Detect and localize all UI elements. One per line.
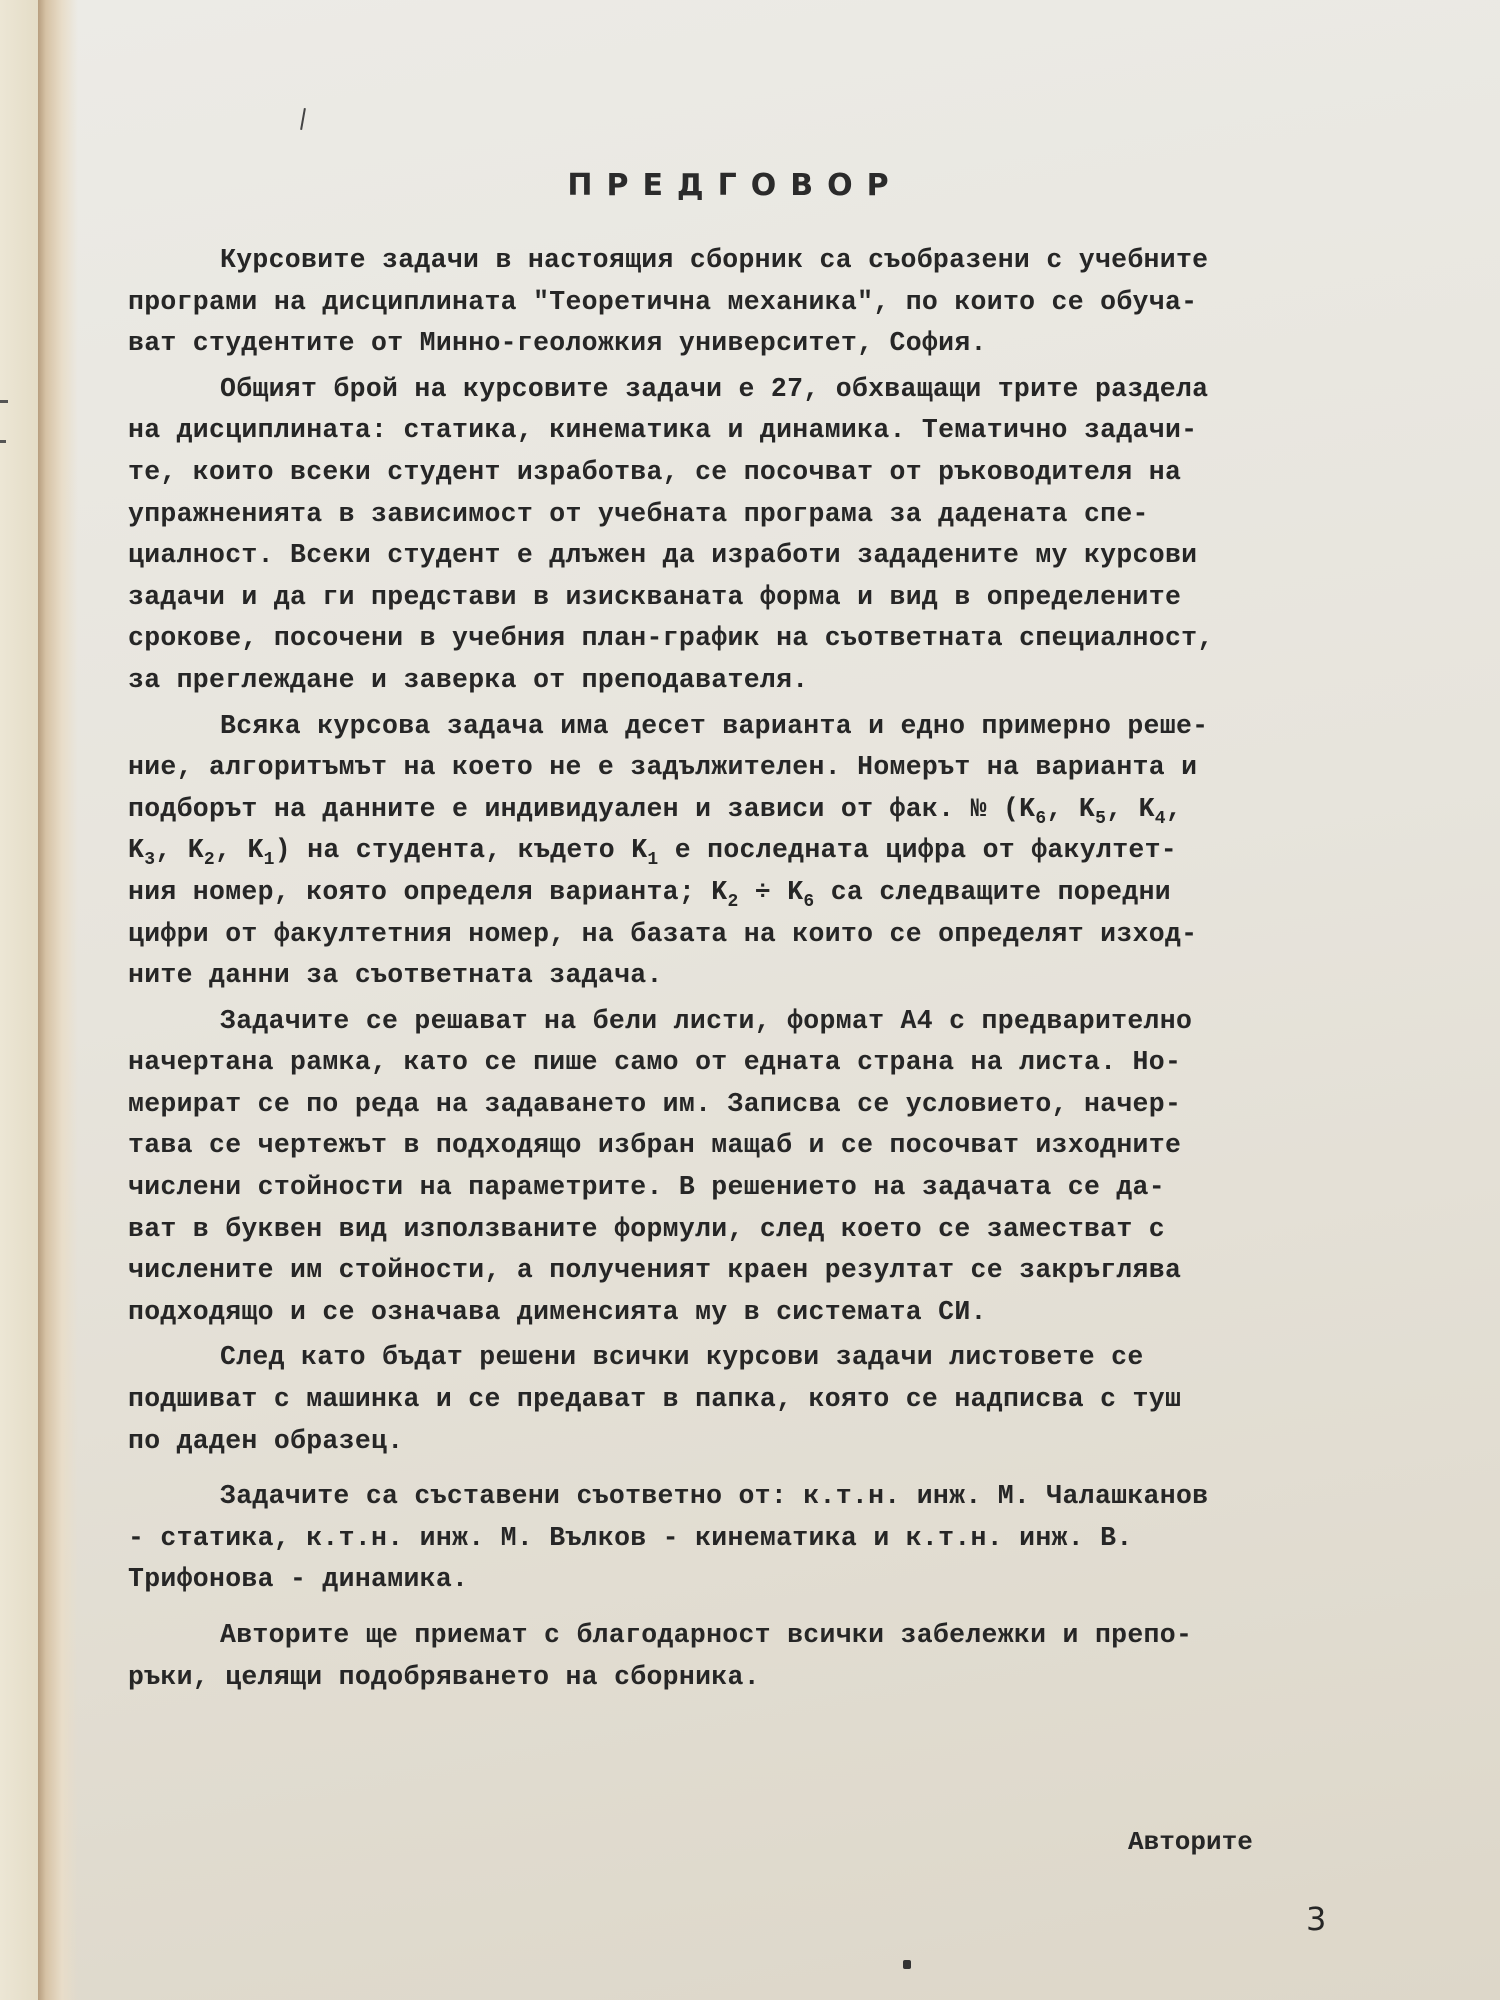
text-line: Задачите се решават на бели листи, форма… — [128, 1001, 1378, 1043]
text-line: числените им стойности, а полученият кра… — [128, 1250, 1378, 1292]
paragraph-4: Задачите се решават на бели листи, форма… — [128, 1001, 1378, 1334]
text-line: Общият брой на курсовите задачи е 27, об… — [128, 369, 1378, 411]
text-line: подшиват с машинка и се предават в папка… — [128, 1379, 1378, 1421]
text-line: ние, алгоритъмът на което не е задължите… — [128, 747, 1378, 789]
text-line: ните данни за съответната задача. — [128, 955, 1378, 997]
text-line: задачи и да ги представи в изискваната ф… — [128, 577, 1378, 619]
text-line: подборът на данните е индивидуален и зав… — [128, 789, 1378, 831]
paragraph-3: Всяка курсова задача има десет варианта … — [128, 706, 1378, 997]
paragraph-1: Курсовите задачи в настоящия сборник са … — [128, 240, 1378, 365]
text-line: ръки, целящи подобряването на сборника. — [128, 1657, 1378, 1699]
text-line: по даден образец. — [128, 1421, 1378, 1463]
text-line: K3, K2, K1) на студента, където K1 е пос… — [128, 830, 1378, 872]
text-line: подходящо и се означава дименсията му в … — [128, 1292, 1378, 1334]
text-line: начертана рамка, като се пише само от ед… — [128, 1042, 1378, 1084]
preface-body: Курсовите задачи в настоящия сборник са … — [128, 240, 1378, 1698]
previous-page-edge — [0, 0, 40, 2000]
page-title: ПРЕДГОВОР — [0, 168, 1470, 203]
text-line: цифри от факултетния номер, на базата на… — [128, 914, 1378, 956]
text-line: Авторите ще приемат с благодарност всичк… — [128, 1615, 1378, 1657]
paragraph-6: Задачите са съставени съответно от: к.т.… — [128, 1476, 1378, 1601]
ink-spot — [903, 1960, 911, 1969]
previous-page-mark — [0, 400, 8, 403]
signature: Авторите — [1128, 1827, 1253, 1857]
text-line: - статика, к.т.н. инж. М. Вълков - кинем… — [128, 1518, 1378, 1560]
text-line: те, които всеки студент изработва, се по… — [128, 452, 1378, 494]
page-number: 3 — [1306, 1900, 1326, 1938]
text-line: ния номер, която определя варианта; K2 ÷… — [128, 872, 1378, 914]
text-line: Всяка курсова задача има десет варианта … — [128, 706, 1378, 748]
text-line: ват в буквен вид използваните формули, с… — [128, 1209, 1378, 1251]
text-line: на дисциплината: статика, кинематика и д… — [128, 410, 1378, 452]
text-line: мерират се по реда на задаването им. Зап… — [128, 1084, 1378, 1126]
text-line: Задачите са съставени съответно от: к.т.… — [128, 1476, 1378, 1518]
text-line: за преглеждане и заверка от преподавател… — [128, 660, 1378, 702]
paragraph-7: Авторите ще приемат с благодарност всичк… — [128, 1615, 1378, 1698]
text-line: числени стойности на параметрите. В реше… — [128, 1167, 1378, 1209]
text-line: Трифонова - динамика. — [128, 1559, 1378, 1601]
previous-page-mark — [0, 440, 6, 443]
text-line: циалност. Всеки студент е длъжен да изра… — [128, 535, 1378, 577]
text-line: упражненията в зависимост от учебната пр… — [128, 494, 1378, 536]
text-line: тава се чертежът в подходящо избран маща… — [128, 1125, 1378, 1167]
text-line: ват студентите от Минно-геоложкия универ… — [128, 323, 1378, 365]
text-line: срокове, посочени в учебния план-график … — [128, 618, 1378, 660]
text-line: програми на дисциплината "Теоретична мех… — [128, 282, 1378, 324]
text-line: Курсовите задачи в настоящия сборник са … — [128, 240, 1378, 282]
paragraph-5: След като бъдат решени всички курсови за… — [128, 1337, 1378, 1462]
paragraph-2: Общият брой на курсовите задачи е 27, об… — [128, 369, 1378, 702]
text-line: След като бъдат решени всички курсови за… — [128, 1337, 1378, 1379]
page-gutter-shadow — [38, 0, 78, 2000]
